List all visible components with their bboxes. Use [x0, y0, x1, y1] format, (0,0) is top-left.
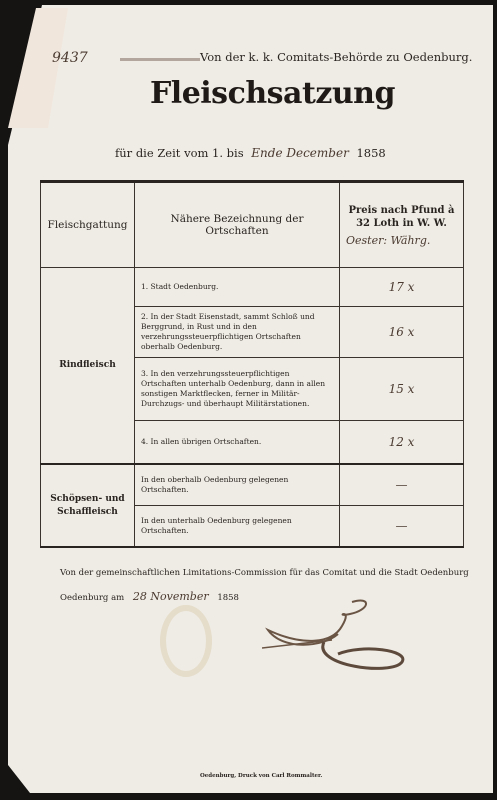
table-row: Rindfleisch 1. Stadt Oedenburg. 17 x [41, 268, 464, 307]
header-kind: Fleischgattung [41, 182, 135, 268]
price-cell: — [340, 464, 464, 506]
place-cell: In den unterhalb Oedenburg gelegenen Ort… [135, 506, 340, 548]
place-cell: 4. In allen übrigen Ortschaften. [135, 421, 340, 465]
meat-price-table: Fleischgattung Nähere Bezeichnung der Or… [40, 180, 464, 548]
printer-imprint: Oedenburg, Druck von Carl Rommalter. [200, 773, 322, 779]
place-prefix: Oedenburg am [60, 593, 124, 603]
place-cell: 2. In der Stadt Eisenstadt, sammt Schloß… [135, 307, 340, 358]
place-date-line: Oedenburg am 28 November 1858 [60, 590, 239, 603]
kind-mutton: Schöpsen- und Schaffleisch [41, 464, 135, 547]
kind-beef: Rindfleisch [41, 268, 135, 465]
document-title: Fleischsatzung [150, 76, 395, 111]
period-year: 1858 [356, 146, 385, 160]
issuing-authority: Von der k. k. Comitats-Behörde zu Oedenb… [200, 50, 472, 64]
table-row: Schöpsen- und Schaffleisch In den oberha… [41, 464, 464, 506]
signature-icon [262, 596, 412, 686]
period-handwritten: Ende December [251, 146, 349, 160]
header-price: Preis nach Pfund à 32 Loth in W. W. Oest… [340, 182, 464, 268]
header-price-note: Oester: Währg. [346, 234, 457, 247]
table-header-row: Fleischgattung Nähere Bezeichnung der Or… [41, 182, 464, 268]
place-cell: 3. In den verzehrungssteuerpflichtigen O… [135, 358, 340, 421]
validity-period: für die Zeit vom 1. bis Ende December 18… [115, 146, 386, 160]
price-cell: 16 x [340, 307, 464, 358]
price-cell: 15 x [340, 358, 464, 421]
date-handwritten: 28 November [133, 590, 209, 603]
header-places: Nähere Bezeichnung der Ortschaften [135, 182, 340, 268]
ink-strike [120, 58, 200, 61]
price-cell: 12 x [340, 421, 464, 465]
header-price-label: Preis nach Pfund à 32 Loth in W. W. [349, 205, 455, 229]
commission-line: Von der gemeinschaftlichen Limitations-C… [60, 568, 469, 578]
period-prefix: für die Zeit vom 1. bis [115, 146, 244, 160]
faded-stamp [160, 605, 212, 677]
price-cell: — [340, 506, 464, 548]
place-cell: 1. Stadt Oedenburg. [135, 268, 340, 307]
place-cell: In den oberhalb Oedenburg gelegenen Orts… [135, 464, 340, 506]
document-number: 9437 [52, 50, 88, 66]
date-year: 1858 [217, 593, 239, 603]
price-cell: 17 x [340, 268, 464, 307]
